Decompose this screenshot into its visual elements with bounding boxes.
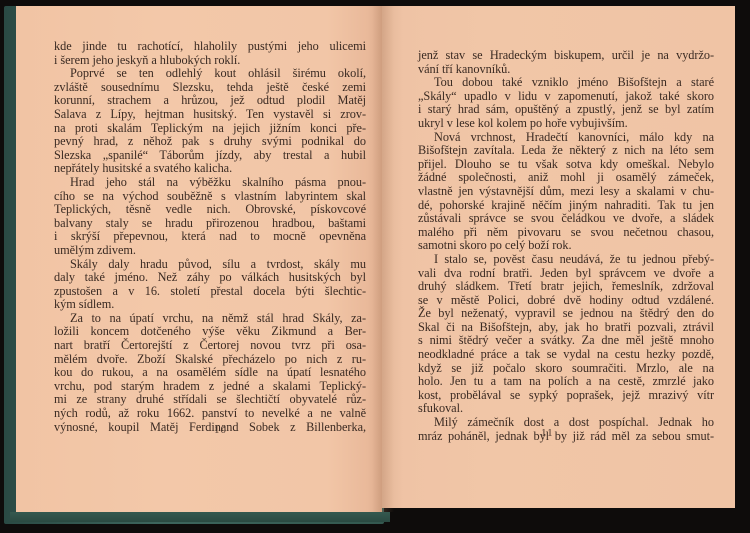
text-line: pevný hrad, z něhož pak s druhy svými po… xyxy=(54,135,366,149)
text-line: i skrýší přepevnou, která nad to mocně o… xyxy=(54,230,366,244)
text-line: Salava z Lípy, hejtman husitský. Ten vys… xyxy=(54,108,366,122)
text-line: když se již počalo skoro soumračiti. Mrz… xyxy=(418,362,714,376)
text-line: mělém dvoře. Zboží Skalské přecházelo po… xyxy=(54,353,366,367)
text-line: se v městě Polici, dobré dvě hodiny odtu… xyxy=(418,294,714,308)
text-line: dé, pohorské krajině něčím jiným nahradi… xyxy=(418,199,714,213)
text-line: vlastně jen výstavnější dům, mezi lesy a… xyxy=(418,185,714,199)
text-line: mráz poháněl, jednak byl by již rád měl … xyxy=(418,430,714,444)
text-line: kou do rukou, a na osamělém sídle na úpa… xyxy=(54,366,366,380)
text-line: s nimi štědrý večer a svátky. Za dne měl… xyxy=(418,334,714,348)
text-line: kost, probělával se sypký poprašek, jejž… xyxy=(418,389,714,403)
text-line: kým sídlem. xyxy=(54,298,366,312)
text-line: Že byl neženatý, vypravil se jednou na š… xyxy=(418,307,714,321)
text-line: na proti skalám Teplickým na jejich jižn… xyxy=(54,122,366,136)
right-page-number: 11 xyxy=(541,427,554,439)
text-line: žádné společnosti, aniž mohl ji osamělý … xyxy=(418,171,714,185)
text-line: Teplických, těsně vedle nich. Obrovské, … xyxy=(54,203,366,217)
text-line: Milý zámečník dost a dost pospíchal. Jed… xyxy=(418,416,714,430)
text-line: neodkladné práce a tak se vydal na cestu… xyxy=(418,348,714,362)
text-line: ných rodů, až roku 1662. panství to neve… xyxy=(54,407,366,421)
text-line: Skály daly hradu původ, sílu a tvrdost, … xyxy=(54,258,366,272)
text-line: vání tří kanovníků. xyxy=(418,63,714,77)
text-line: „Skály“ upadlo v lidu v zapomenutí, jako… xyxy=(418,90,714,104)
text-line: zvláště sousednímu Slezsku, tehda ještě … xyxy=(54,81,366,95)
text-line: vrchu, pod starým hradem z jedné a skala… xyxy=(54,380,366,394)
book-cover-bottom-edge xyxy=(10,512,390,522)
text-line: Tou dobou také vzniklo jméno Bišofštejn … xyxy=(418,76,714,90)
text-line: ložili koncem dotčeného výše věku Zikmun… xyxy=(54,325,366,339)
text-line: vali dva rodní bratři. Jeden byl správce… xyxy=(418,267,714,281)
text-line: cího se na východ souběžně s vlastním la… xyxy=(54,190,366,204)
right-page-text: jenž stav se Hradeckým biskupem, určil j… xyxy=(418,49,714,443)
text-line: balvany staly se hradu přirozenou hradbo… xyxy=(54,217,366,231)
text-line: kde jinde tu rachotící, hlaholily pustým… xyxy=(54,40,366,54)
text-line: i šerem jeho jeskyň a hlubokých roklí. xyxy=(54,54,366,68)
text-line: umělým zdivem. xyxy=(54,244,366,258)
text-line: Skal či na Bišofštejn, aby, jak ho bratř… xyxy=(418,321,714,335)
text-line: jenž stav se Hradeckým biskupem, určil j… xyxy=(418,49,714,63)
left-page-text: kde jinde tu rachotící, hlaholily pustým… xyxy=(54,40,366,434)
text-line: korunní, strachem a hrůzou, jež odtud pl… xyxy=(54,94,366,108)
text-line: ukryl v lese kol kolem po hoře vybujivší… xyxy=(418,117,714,131)
text-line: Za to na úpatí vrchu, na němž stál hrad … xyxy=(54,312,366,326)
text-line: Hrad jeho stál na výběžku skalního pásma… xyxy=(54,176,366,190)
text-line: Bišofštejn zavítala. Leda že některý z n… xyxy=(418,144,714,158)
text-line: Slezska „spanilé“ Táborům jízdy, aby tre… xyxy=(54,149,366,163)
text-line: I stalo se, pověst času neudává, že tu j… xyxy=(418,253,714,267)
text-line: druhý sládkem. Třetí bratr jejich, řemes… xyxy=(418,280,714,294)
text-line: výnosné, koupil Matěj Ferdinand Sobek z … xyxy=(54,421,366,435)
text-line: mi ze strany druhé střídali se šlechtičt… xyxy=(54,393,366,407)
text-line: nart bratří Čertorejští z Čertorej novou… xyxy=(54,339,366,353)
text-line: daly také jméno. Než záhy po válkách hus… xyxy=(54,271,366,285)
text-line: malého při něm pivovaru se svou nečetnou… xyxy=(418,226,714,240)
text-line: Nová vrchnost, Hradečtí kanovníci, málo … xyxy=(418,131,714,145)
book-photo: kde jinde tu rachotící, hlaholily pustým… xyxy=(0,0,750,533)
text-line: sfukoval. xyxy=(418,402,714,416)
text-line: nepřátely husitské a svatého kalicha. xyxy=(54,162,366,176)
text-line: samotni skoro po celý boží rok. xyxy=(418,239,714,253)
text-line: i starý hrad sám, opuštěný a zpustlý, je… xyxy=(418,103,714,117)
text-line: zůstávali správce se svou čeládkou ve dv… xyxy=(418,212,714,226)
text-line: Poprvé se ten odlehlý kout ohlásil širém… xyxy=(54,67,366,81)
text-line: přijel. Dlouho se tu však sotva kdy omeš… xyxy=(418,158,714,172)
text-line: holo. Jen tu a tam na polích a na cestě,… xyxy=(418,375,714,389)
text-line: zpustošen a v 16. století přestal docela… xyxy=(54,285,366,299)
left-page-number: 10 xyxy=(214,424,227,436)
